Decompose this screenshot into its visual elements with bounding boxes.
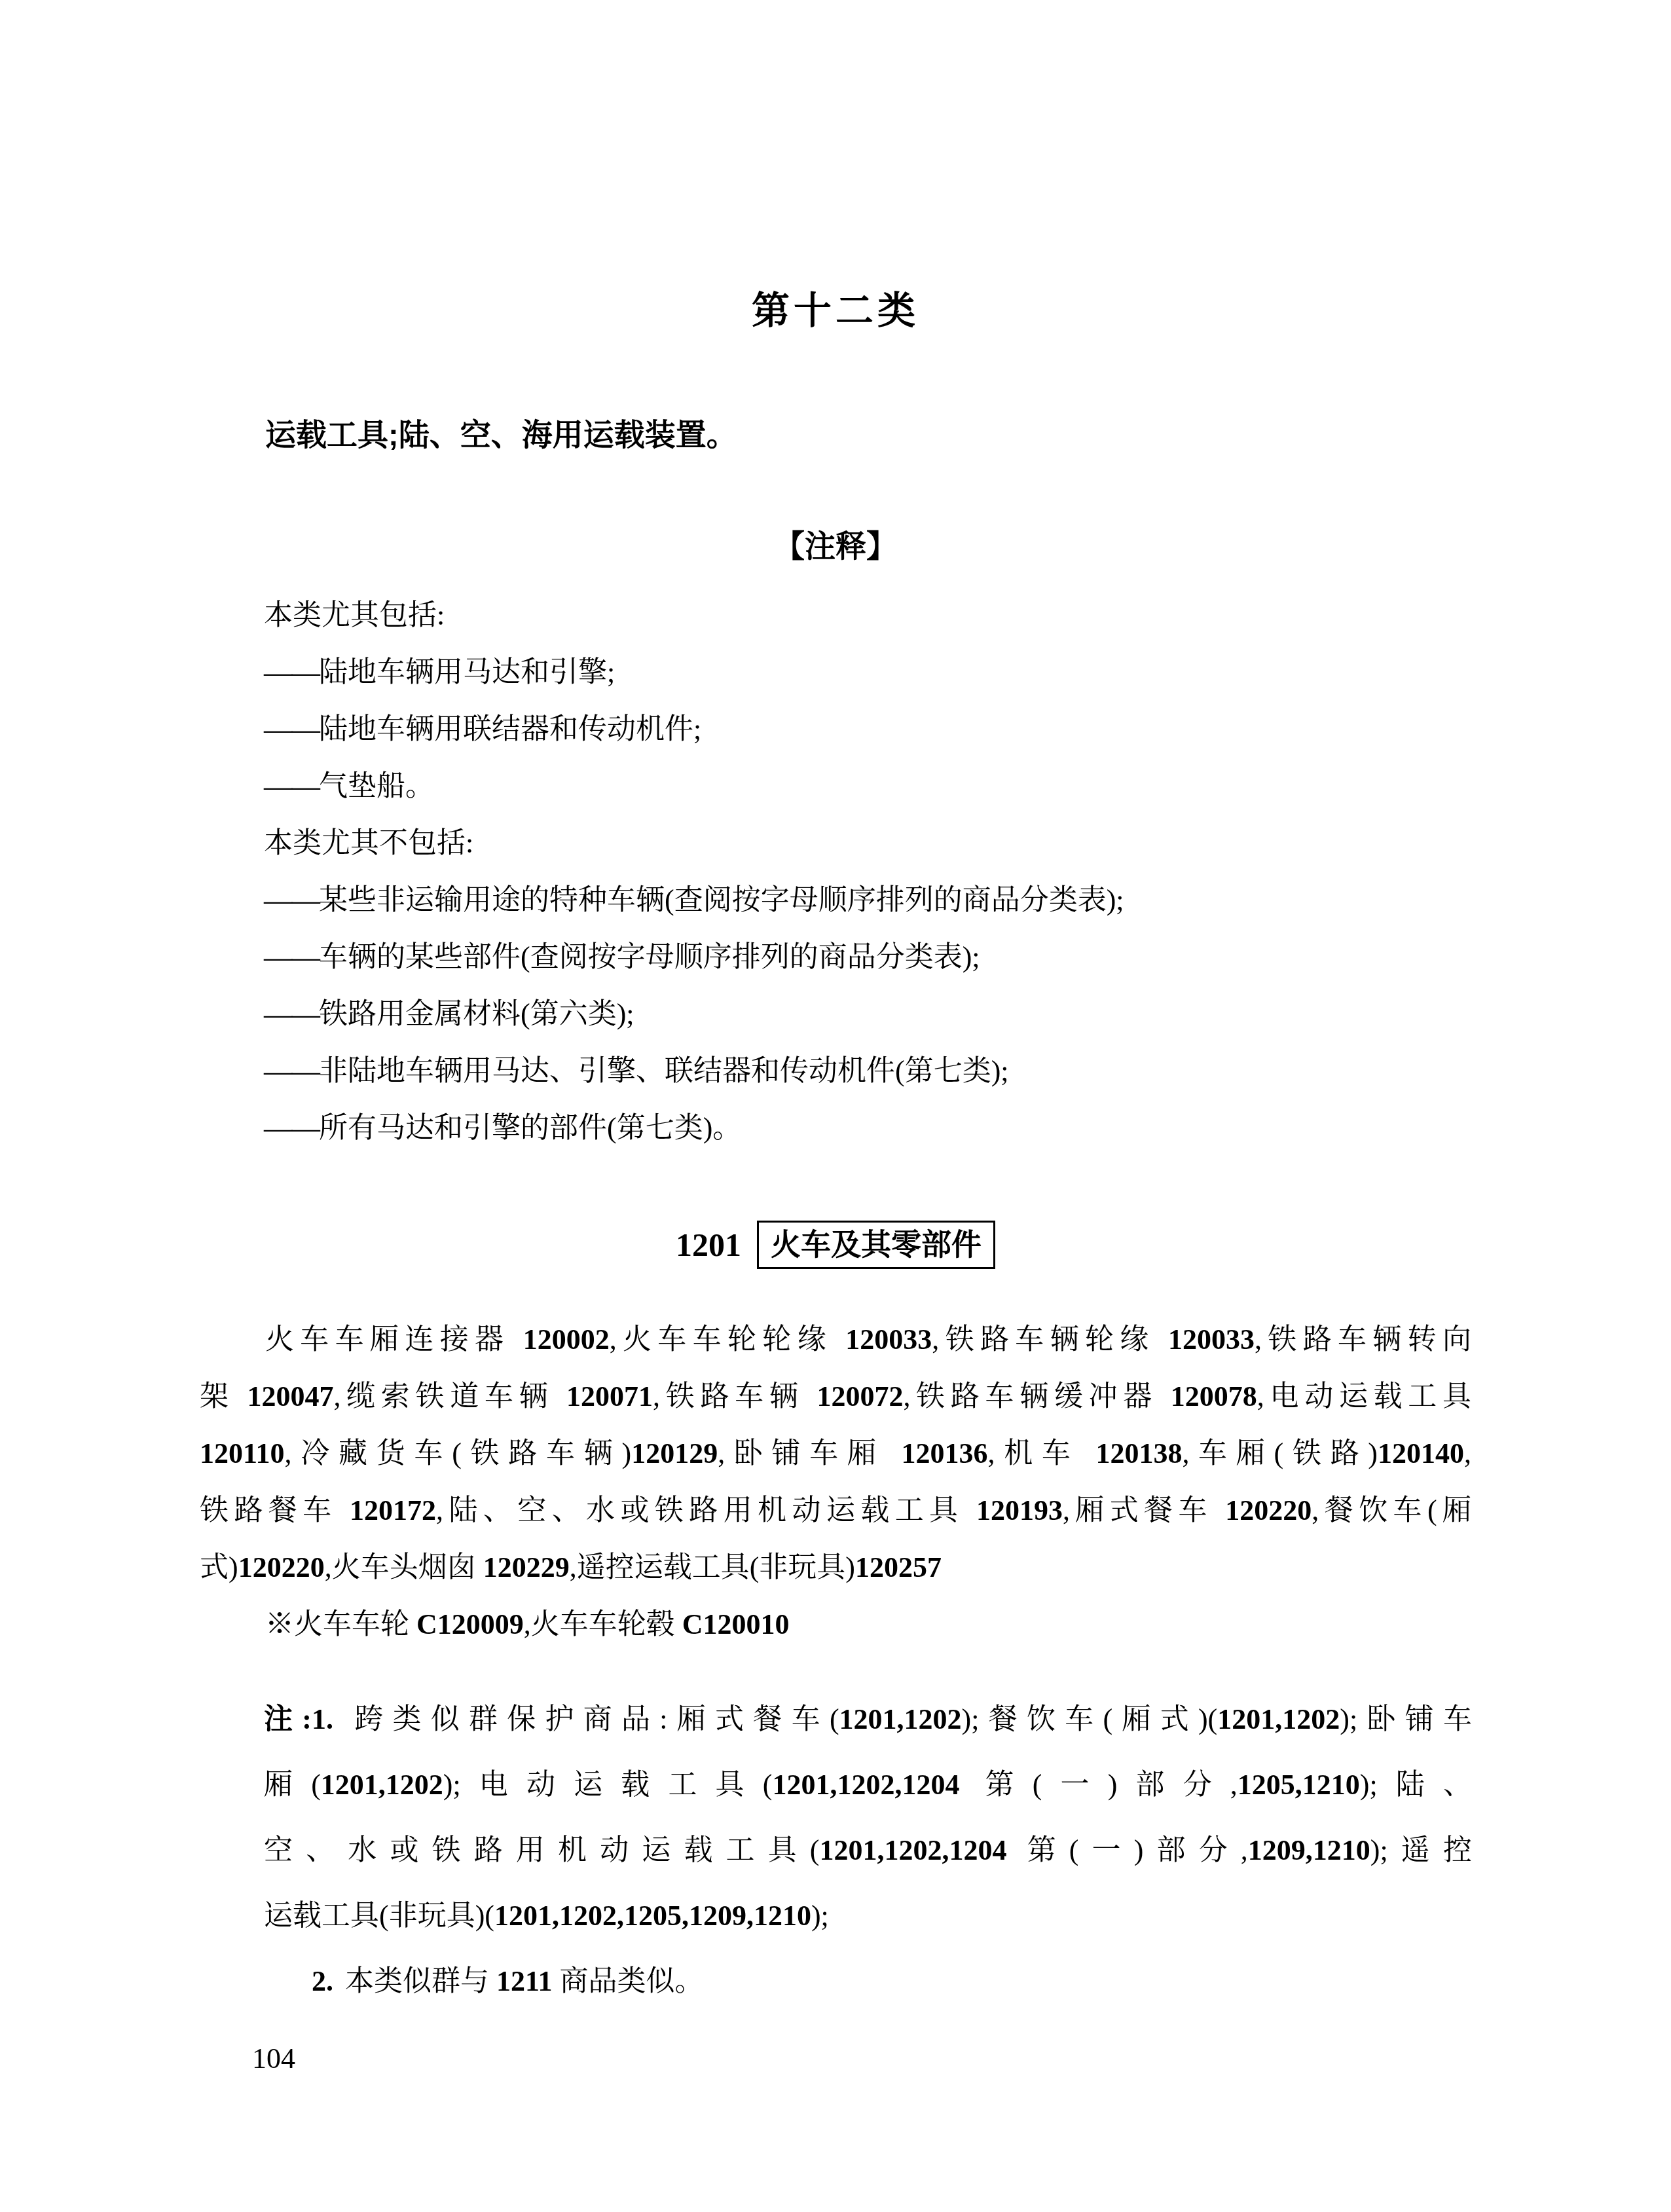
clause-item: ——车辆的某些部件(查阅按字母顺序排列的商品分类表); xyxy=(264,929,1671,986)
goods-text: ,铁路车辆缓冲器 xyxy=(903,1380,1170,1412)
goods-text: ,火车车轮轮缘 xyxy=(610,1323,846,1355)
includes-header: 本类尤其包括: xyxy=(264,587,1671,644)
body-line: 架 120047,缆索铁道车辆 120071,铁路车辆 120072,铁路车辆缓… xyxy=(200,1368,1471,1425)
goods-text: ,机车 xyxy=(987,1437,1095,1469)
goods-text: 空、水或铁路用机动运载工具( xyxy=(264,1834,820,1866)
annotation-header: 【注释】 xyxy=(0,529,1671,563)
goods-code: C120010 xyxy=(682,1608,790,1640)
goods-text: ,陆、空、水或铁路用机动运载工具 xyxy=(436,1494,976,1526)
class-title: 第十二类 xyxy=(0,0,1671,334)
excludes-header: 本类尤其不包括: xyxy=(264,815,1671,872)
page-number: 104 xyxy=(252,2042,1671,2076)
goods-text: 本类似群与 xyxy=(345,1965,496,1997)
clause-item: ——非陆地车辆用马达、引擎、联结器和传动机件(第七类); xyxy=(264,1042,1671,1099)
goods-text: ,电动运载工具 xyxy=(1257,1380,1471,1412)
goods-text: ); xyxy=(811,1900,829,1932)
dash-icon: —— xyxy=(264,941,319,973)
dash-icon: —— xyxy=(264,770,319,802)
notes-block: 注:1.跨类似群保护商品:厢式餐车(1201,1202);餐饮车(厢式)(120… xyxy=(264,1687,1472,2014)
goods-code: 1201,1202,1205,1209,1210 xyxy=(494,1900,811,1932)
goods-text: , xyxy=(1464,1437,1471,1469)
goods-paragraph: 火车车厢连接器 120002,火车车轮轮缘 120033,铁路车辆轮缘 1200… xyxy=(200,1311,1471,1653)
goods-code: 120140 xyxy=(1378,1437,1464,1469)
goods-code: 1201,1202 xyxy=(321,1769,443,1801)
clause-item: ——气垫船。 xyxy=(264,758,1671,815)
goods-code: 120172 xyxy=(350,1494,436,1526)
goods-code: 120220 xyxy=(1225,1494,1312,1526)
goods-text: 跨类似群保护商品:厢式餐车( xyxy=(345,1703,839,1735)
goods-text: );餐饮车(厢式)( xyxy=(962,1703,1218,1735)
goods-code: 1211 xyxy=(496,1965,553,1997)
goods-text: );遥控 xyxy=(1370,1834,1472,1866)
clause-item: ——某些非运输用途的特种车辆(查阅按字母顺序排列的商品分类表); xyxy=(264,872,1671,929)
goods-code: 120033 xyxy=(845,1323,932,1355)
goods-text: ,厢式餐车 xyxy=(1063,1494,1225,1526)
body-line: ※火车车轮 C120009,火车车轮毂 C120010 xyxy=(200,1596,1471,1653)
goods-code: 120257 xyxy=(855,1551,942,1583)
goods-code: 120138 xyxy=(1095,1437,1182,1469)
goods-text: 架 xyxy=(200,1380,247,1412)
goods-code: 120110 xyxy=(200,1437,285,1469)
goods-text: );陆、 xyxy=(1360,1769,1472,1801)
clause-item-text: 陆地车辆用马达和引擎; xyxy=(319,656,615,688)
clause-item-text: 车辆的某些部件(查阅按字母顺序排列的商品分类表); xyxy=(319,941,980,973)
clause-item-text: 陆地车辆用联结器和传动机件; xyxy=(319,713,701,745)
dash-icon: —— xyxy=(264,998,319,1030)
goods-text: 商品类似。 xyxy=(553,1965,704,1997)
dash-icon: —— xyxy=(264,713,319,745)
clause-item-text: 气垫船。 xyxy=(319,770,434,802)
note-line: 空、水或铁路用机动运载工具(1201,1202,1204 第(一)部分,1209… xyxy=(264,1818,1472,1883)
dash-icon: —— xyxy=(264,1055,319,1087)
goods-code: 120033 xyxy=(1168,1323,1255,1355)
goods-text: ,铁路车辆轮缘 xyxy=(932,1323,1168,1355)
goods-code: 120136 xyxy=(901,1437,987,1469)
excludes-list: ——某些非运输用途的特种车辆(查阅按字母顺序排列的商品分类表);——车辆的某些部… xyxy=(264,872,1671,1156)
goods-text: ,遥控运载工具(非玩具) xyxy=(570,1551,855,1583)
clause-item: ——陆地车辆用联结器和传动机件; xyxy=(264,701,1671,758)
goods-code: 120220 xyxy=(238,1551,325,1583)
goods-text: );电动运载工具( xyxy=(443,1769,773,1801)
clause-item: ——铁路用金属材料(第六类); xyxy=(264,986,1671,1042)
dash-icon: —— xyxy=(264,1112,319,1144)
clause-item: ——陆地车辆用马达和引擎; xyxy=(264,644,1671,701)
note-label: 注:1. xyxy=(264,1703,333,1735)
goods-code: 120072 xyxy=(817,1380,903,1412)
goods-text: ,火车头烟囱 xyxy=(325,1551,483,1583)
goods-text: );卧铺车 xyxy=(1340,1703,1472,1735)
goods-code: 1201,1202 xyxy=(1217,1703,1340,1735)
note-label: 2. xyxy=(312,1965,333,1997)
note-line: 厢(1201,1202);电动运载工具(1201,1202,1204 第(一)部… xyxy=(264,1752,1472,1818)
goods-code: 120229 xyxy=(483,1551,570,1583)
goods-text: 厢( xyxy=(264,1769,321,1801)
goods-code: 120002 xyxy=(523,1323,610,1355)
goods-text: ,缆索铁道车辆 xyxy=(333,1380,566,1412)
goods-code: C120009 xyxy=(416,1608,524,1640)
goods-text: ,火车车轮毂 xyxy=(524,1608,682,1640)
section-name-box: 火车及其零部件 xyxy=(757,1221,995,1269)
goods-text: ,卧铺车厢 xyxy=(718,1437,901,1469)
clause-item: ——所有马达和引擎的部件(第七类)。 xyxy=(264,1099,1671,1156)
document-page: 第十二类 运载工具;陆、空、海用运载装置。 【注释】 本类尤其包括: ——陆地车… xyxy=(0,0,1671,2212)
goods-code: 120071 xyxy=(566,1380,653,1412)
body-line: 120110,冷藏货车(铁路车辆)120129,卧铺车厢 120136,机车 1… xyxy=(200,1425,1471,1482)
goods-text: ,餐饮车(厢 xyxy=(1312,1494,1471,1526)
goods-text: 运载工具(非玩具)( xyxy=(264,1900,494,1932)
goods-code: 1201,1202,1204 xyxy=(772,1769,959,1801)
note-line: 注:1.跨类似群保护商品:厢式餐车(1201,1202);餐饮车(厢式)(120… xyxy=(264,1687,1472,1752)
goods-code: 120047 xyxy=(247,1380,333,1412)
goods-code: 1209,1210 xyxy=(1248,1834,1370,1866)
goods-text: ※火车车轮 xyxy=(265,1608,416,1640)
note-line: 2.本类似群与 1211 商品类似。 xyxy=(264,1949,1472,2014)
goods-code: 120129 xyxy=(631,1437,718,1469)
clause-item-text: 非陆地车辆用马达、引擎、联结器和传动机件(第七类); xyxy=(319,1055,1009,1087)
goods-text: ,铁路车辆转向 xyxy=(1255,1323,1471,1355)
goods-text: ,铁路车辆 xyxy=(653,1380,817,1412)
annotation-clauses: 本类尤其包括: ——陆地车辆用马达和引擎;——陆地车辆用联结器和传动机件;——气… xyxy=(264,587,1671,1156)
goods-text: 火车车厢连接器 xyxy=(265,1323,523,1355)
clause-item-text: 某些非运输用途的特种车辆(查阅按字母顺序排列的商品分类表); xyxy=(319,884,1124,916)
clause-item-text: 所有马达和引擎的部件(第七类)。 xyxy=(319,1112,741,1144)
goods-text: ,车厢(铁路) xyxy=(1182,1437,1378,1469)
goods-text: 铁路餐车 xyxy=(200,1494,350,1526)
goods-code: 120078 xyxy=(1171,1380,1257,1412)
class-subtitle: 运载工具;陆、空、海用运载装置。 xyxy=(265,418,1671,452)
goods-text: ,冷藏货车(铁路车辆) xyxy=(285,1437,632,1469)
dash-icon: —— xyxy=(264,656,319,688)
goods-code: 1201,1202 xyxy=(839,1703,962,1735)
goods-text: 第(一)部分, xyxy=(959,1769,1237,1801)
goods-text: 第(一)部分, xyxy=(1007,1834,1248,1866)
section-code: 1201 xyxy=(676,1228,741,1261)
note-line: 运载工具(非玩具)(1201,1202,1205,1209,1210); xyxy=(264,1883,1472,1949)
goods-text: 式) xyxy=(200,1551,238,1583)
body-line: 式)120220,火车头烟囱 120229,遥控运载工具(非玩具)120257 xyxy=(200,1539,1471,1596)
clause-item-text: 铁路用金属材料(第六类); xyxy=(319,998,634,1030)
body-line: 铁路餐车 120172,陆、空、水或铁路用机动运载工具 120193,厢式餐车 … xyxy=(200,1482,1471,1539)
dash-icon: —— xyxy=(264,884,319,916)
section-heading: 1201火车及其零部件 xyxy=(0,1221,1671,1269)
includes-list: ——陆地车辆用马达和引擎;——陆地车辆用联结器和传动机件;——气垫船。 xyxy=(264,644,1671,815)
goods-code: 1205,1210 xyxy=(1238,1769,1360,1801)
body-line: 火车车厢连接器 120002,火车车轮轮缘 120033,铁路车辆轮缘 1200… xyxy=(200,1311,1471,1368)
goods-code: 1201,1202,1204 xyxy=(820,1834,1007,1866)
goods-code: 120193 xyxy=(976,1494,1063,1526)
